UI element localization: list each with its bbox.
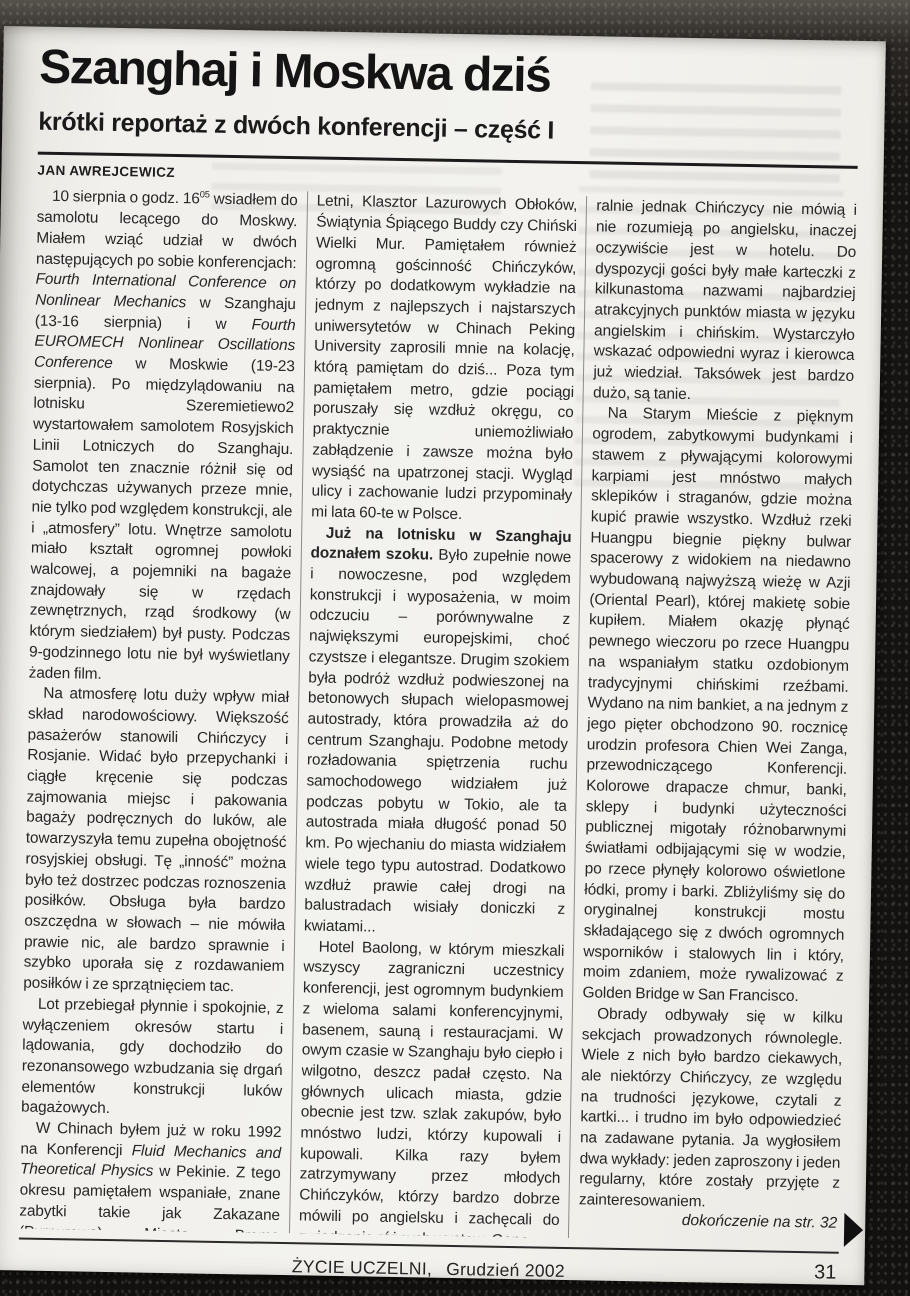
article-paragraph: Letni, Klasztor Lazurowych Obłoków, Świą… [311, 192, 577, 528]
continuation-label: dokończenie na str. 32 [682, 1212, 838, 1232]
article-subtitle: krótki reportaż z dwóch konferencji – cz… [38, 108, 858, 151]
article-paragraph: Hotel Baolong, w którym mieszkali wszysc… [299, 937, 565, 1238]
article-column-2: Letni, Klasztor Lazurowych Obłoków, Świą… [289, 192, 587, 1239]
article-column-3: ralnie jednak Chińczycy nie mówią i nie … [568, 197, 857, 1244]
article-body: 10 sierpnia o godz. 1605 wsiadłem do sam… [19, 187, 857, 1243]
article-paragraph: ralnie jednak Chińczycy nie mówią i nie … [593, 197, 857, 409]
article-paragraph: Już na lotnisku w Szanghaju doznałem szo… [304, 523, 572, 942]
page-footer: ŻYCIE UCZELNI, Grudzień 2002 31 [18, 1240, 838, 1287]
continuation-arrow-icon [844, 1213, 864, 1247]
article-column-1: 10 sierpnia o godz. 1605 wsiadłem do sam… [19, 187, 307, 1234]
issue-date: Grudzień 2002 [446, 1259, 565, 1281]
page-number: 31 [814, 1262, 837, 1285]
magazine-page: Szanghaj i Moskwa dziś krótki reportaż z… [0, 26, 886, 1285]
article-title: Szanghaj i Moskwa dziś [39, 43, 860, 108]
scanned-page-stage: Szanghaj i Moskwa dziś krótki reportaż z… [0, 0, 910, 1296]
article-paragraph: Na Starym Mieście z pięknym ogrodem, zab… [582, 404, 853, 1009]
journal-name: ŻYCIE UCZELNI, [292, 1257, 433, 1279]
article-paragraph: 10 sierpnia o godz. 1605 wsiadłem do sam… [29, 187, 298, 688]
continuation-note: dokończenie na str. 32 [682, 1212, 838, 1233]
article-paragraph: W Chinach byłem już w roku 1992 na Konfe… [19, 1118, 282, 1233]
author-byline: JAN AWREJCEWICZ [37, 163, 857, 192]
article-paragraph: Obrady odbywały się w kilku sekcjach pro… [579, 1004, 843, 1216]
article-paragraph: Lot przebiegał płynnie i spokojnie, z wy… [21, 994, 284, 1123]
article-paragraph: Na atmosferę lotu duży wpływ miał skład … [23, 684, 289, 999]
